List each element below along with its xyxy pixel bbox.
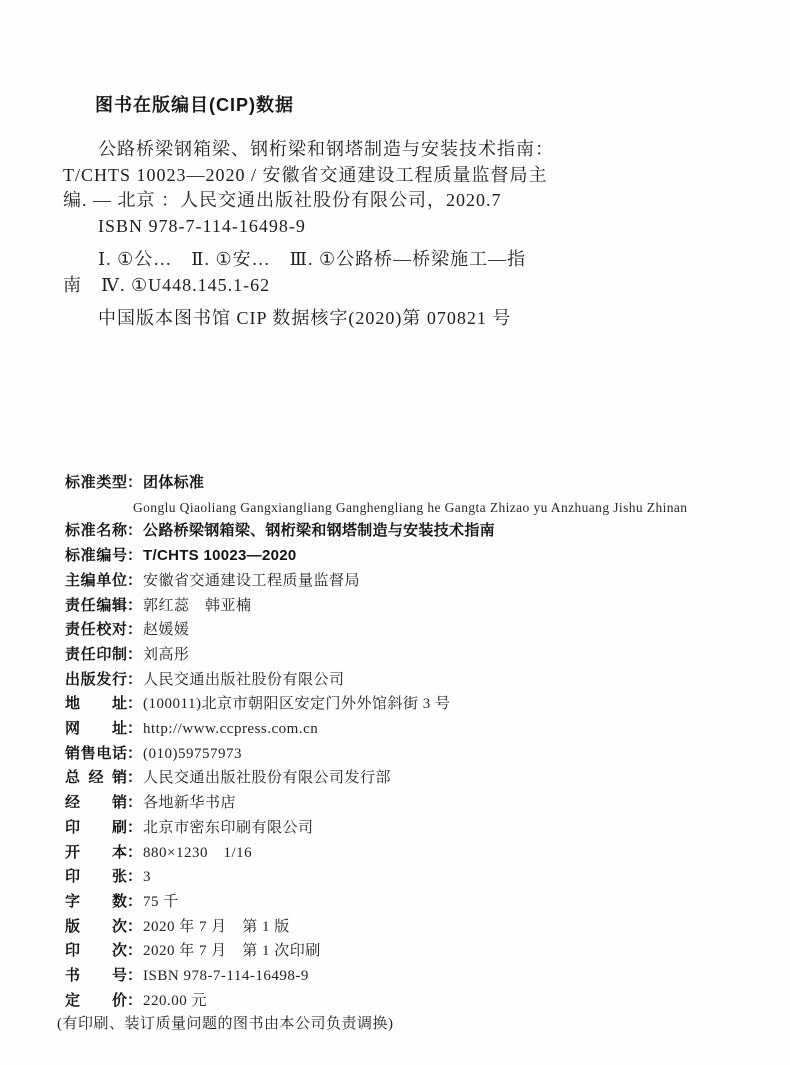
- field-value: 3: [143, 869, 151, 885]
- pinyin-title-line: Gonglu Qiaoliang Gangxiangliang Gangheng…: [65, 496, 760, 520]
- field-value: 刘高彤: [143, 647, 190, 663]
- field-value: 公路桥梁钢箱梁、钢桁梁和钢塔制造与安装技术指南: [143, 522, 495, 539]
- colophon-row-proofreader: 责任校对：赵媛媛: [65, 618, 760, 643]
- field-colon: ：: [127, 819, 142, 836]
- copyright-page: 图书在版编目(CIP)数据 公路桥梁钢箱梁、钢桁梁和钢塔制造与安装技术指南： T…: [0, 0, 790, 1065]
- field-value: 各地新华书店: [143, 795, 236, 811]
- field-colon: ：: [127, 646, 142, 663]
- cip-line-record-number: 中国版本图书馆 CIP 数据核字(2020)第 070821 号: [63, 306, 735, 332]
- colophon-row-responsible-editor: 责任编辑：郭红蕊 韩亚楠: [65, 594, 760, 619]
- field-value: 郭红蕊 韩亚楠: [143, 598, 252, 614]
- colophon-row-price: 定价：220.00 元: [65, 989, 760, 1014]
- field-colon: ：: [127, 893, 142, 910]
- field-colon: ：: [127, 671, 142, 688]
- colophon-row-word-count: 字数：75 千: [65, 890, 760, 915]
- field-label: 字数: [65, 890, 127, 914]
- field-value: 880×1230 1/16: [143, 845, 252, 861]
- field-label: 销售电话: [65, 742, 127, 766]
- field-value: 赵媛媛: [143, 622, 190, 638]
- colophon-row-format: 开本：880×1230 1/16: [65, 841, 760, 866]
- colophon-row-edition: 版次：2020 年 7 月 第 1 版: [65, 915, 760, 940]
- field-label: 总经销: [65, 766, 127, 790]
- field-label: 标准名称: [65, 519, 127, 543]
- colophon-row-general-distributor: 总经销：人民交通出版社股份有限公司发行部: [65, 766, 760, 791]
- field-value: 2020 年 7 月 第 1 版: [143, 919, 290, 935]
- field-label: 出版发行: [65, 668, 127, 692]
- colophon-row-sales-phone: 销售电话：(010)59757973: [65, 742, 760, 767]
- field-colon: ：: [127, 597, 142, 614]
- cip-line-classification-1: Ⅰ. ①公… Ⅱ. ①安… Ⅲ. ①公路桥—桥梁施工—指: [63, 247, 735, 273]
- field-label: 印次: [65, 939, 127, 963]
- cip-block: 图书在版编目(CIP)数据 公路桥梁钢箱梁、钢桁梁和钢塔制造与安装技术指南： T…: [63, 93, 735, 332]
- field-colon: ：: [127, 547, 142, 564]
- field-colon: ：: [127, 967, 142, 984]
- colophon-row-book-number: 书号：ISBN 978-7-114-16498-9: [65, 964, 760, 989]
- colophon-row-distributor: 经销：各地新华书店: [65, 791, 760, 816]
- field-label: 定价: [65, 989, 127, 1013]
- field-value: T/CHTS 10023—2020: [143, 547, 297, 564]
- field-label: 标准类型: [65, 471, 127, 495]
- colophon-row-sheets: 印张：3: [65, 865, 760, 890]
- colophon-row-standard-type: 标准类型：团体标准: [65, 471, 760, 496]
- field-colon: ：: [127, 720, 142, 737]
- field-colon: ：: [127, 745, 142, 762]
- field-colon: ：: [127, 474, 142, 491]
- colophon-row-standard-name: 标准名称：公路桥梁钢箱梁、钢桁梁和钢塔制造与安装技术指南: [65, 519, 760, 544]
- field-label: 经销: [65, 791, 127, 815]
- colophon-row-printing: 印次：2020 年 7 月 第 1 次印刷: [65, 939, 760, 964]
- field-value: 人民交通出版社股份有限公司: [143, 672, 345, 688]
- field-value: 2020 年 7 月 第 1 次印刷: [143, 943, 321, 959]
- field-colon: ：: [127, 942, 142, 959]
- field-colon: ：: [127, 794, 142, 811]
- field-label: 印刷: [65, 816, 127, 840]
- field-value: (010)59757973: [143, 746, 242, 762]
- field-label: 标准编号: [65, 544, 127, 568]
- colophon-row-standard-number: 标准编号：T/CHTS 10023—2020: [65, 544, 760, 569]
- colophon-row-website: 网址：http://www.ccpress.com.cn: [65, 717, 760, 742]
- field-value: 220.00 元: [143, 993, 207, 1009]
- colophon-row-publisher: 出版发行：人民交通出版社股份有限公司: [65, 668, 760, 693]
- field-label: 责任印制: [65, 643, 127, 667]
- field-value: (100011)北京市朝阳区安定门外外馆斜街 3 号: [143, 696, 450, 712]
- field-label: 印张: [65, 865, 127, 889]
- field-value: 北京市密东印刷有限公司: [143, 820, 314, 836]
- field-colon: ：: [127, 695, 142, 712]
- field-label: 版次: [65, 915, 127, 939]
- field-label: 责任编辑: [65, 594, 127, 618]
- field-label: 地址: [65, 692, 127, 716]
- cip-line-publisher: 编. — 北京 ：人民交通出版社股份有限公司，2020.7: [63, 188, 735, 214]
- quality-exchange-note: (有印刷、装订质量问题的图书由本公司负责调换): [57, 1013, 760, 1037]
- field-colon: ：: [127, 868, 142, 885]
- field-colon: ：: [127, 918, 142, 935]
- field-value: ISBN 978-7-114-16498-9: [143, 968, 309, 984]
- field-colon: ：: [127, 522, 142, 539]
- field-value: http://www.ccpress.com.cn: [143, 721, 318, 737]
- cip-line-standard-no: T/CHTS 10023—2020 / 安徽省交通建设工程质量监督局主: [63, 163, 735, 189]
- colophon-row-chief-editor-unit: 主编单位：安徽省交通建设工程质量监督局: [65, 569, 760, 594]
- field-value: 人民交通出版社股份有限公司发行部: [143, 770, 391, 786]
- field-colon: ：: [127, 844, 142, 861]
- colophon-row-printer: 印刷：北京市密东印刷有限公司: [65, 816, 760, 841]
- field-colon: ：: [127, 992, 142, 1009]
- field-colon: ：: [127, 769, 142, 786]
- field-colon: ：: [127, 572, 142, 589]
- field-label: 责任校对: [65, 618, 127, 642]
- colophon-row-address: 地址：(100011)北京市朝阳区安定门外外馆斜街 3 号: [65, 692, 760, 717]
- field-colon: ：: [127, 621, 142, 638]
- field-label: 开本: [65, 841, 127, 865]
- cip-line-title: 公路桥梁钢箱梁、钢桁梁和钢塔制造与安装技术指南：: [63, 137, 735, 163]
- cip-line-isbn: ISBN 978-7-114-16498-9: [63, 214, 735, 240]
- field-label: 书号: [65, 964, 127, 988]
- cip-heading: 图书在版编目(CIP)数据: [95, 93, 735, 117]
- field-label: 网址: [65, 717, 127, 741]
- cip-line-classification-2: 南 Ⅳ. ①U448.145.1-62: [63, 273, 735, 299]
- colophon: 标准类型：团体标准 Gonglu Qiaoliang Gangxianglian…: [65, 471, 760, 1037]
- field-value: 团体标准: [143, 474, 204, 491]
- field-label: 主编单位: [65, 569, 127, 593]
- field-value: 75 千: [143, 894, 179, 910]
- field-value: 安徽省交通建设工程质量监督局: [143, 573, 360, 589]
- colophon-row-print-supervisor: 责任印制：刘高彤: [65, 643, 760, 668]
